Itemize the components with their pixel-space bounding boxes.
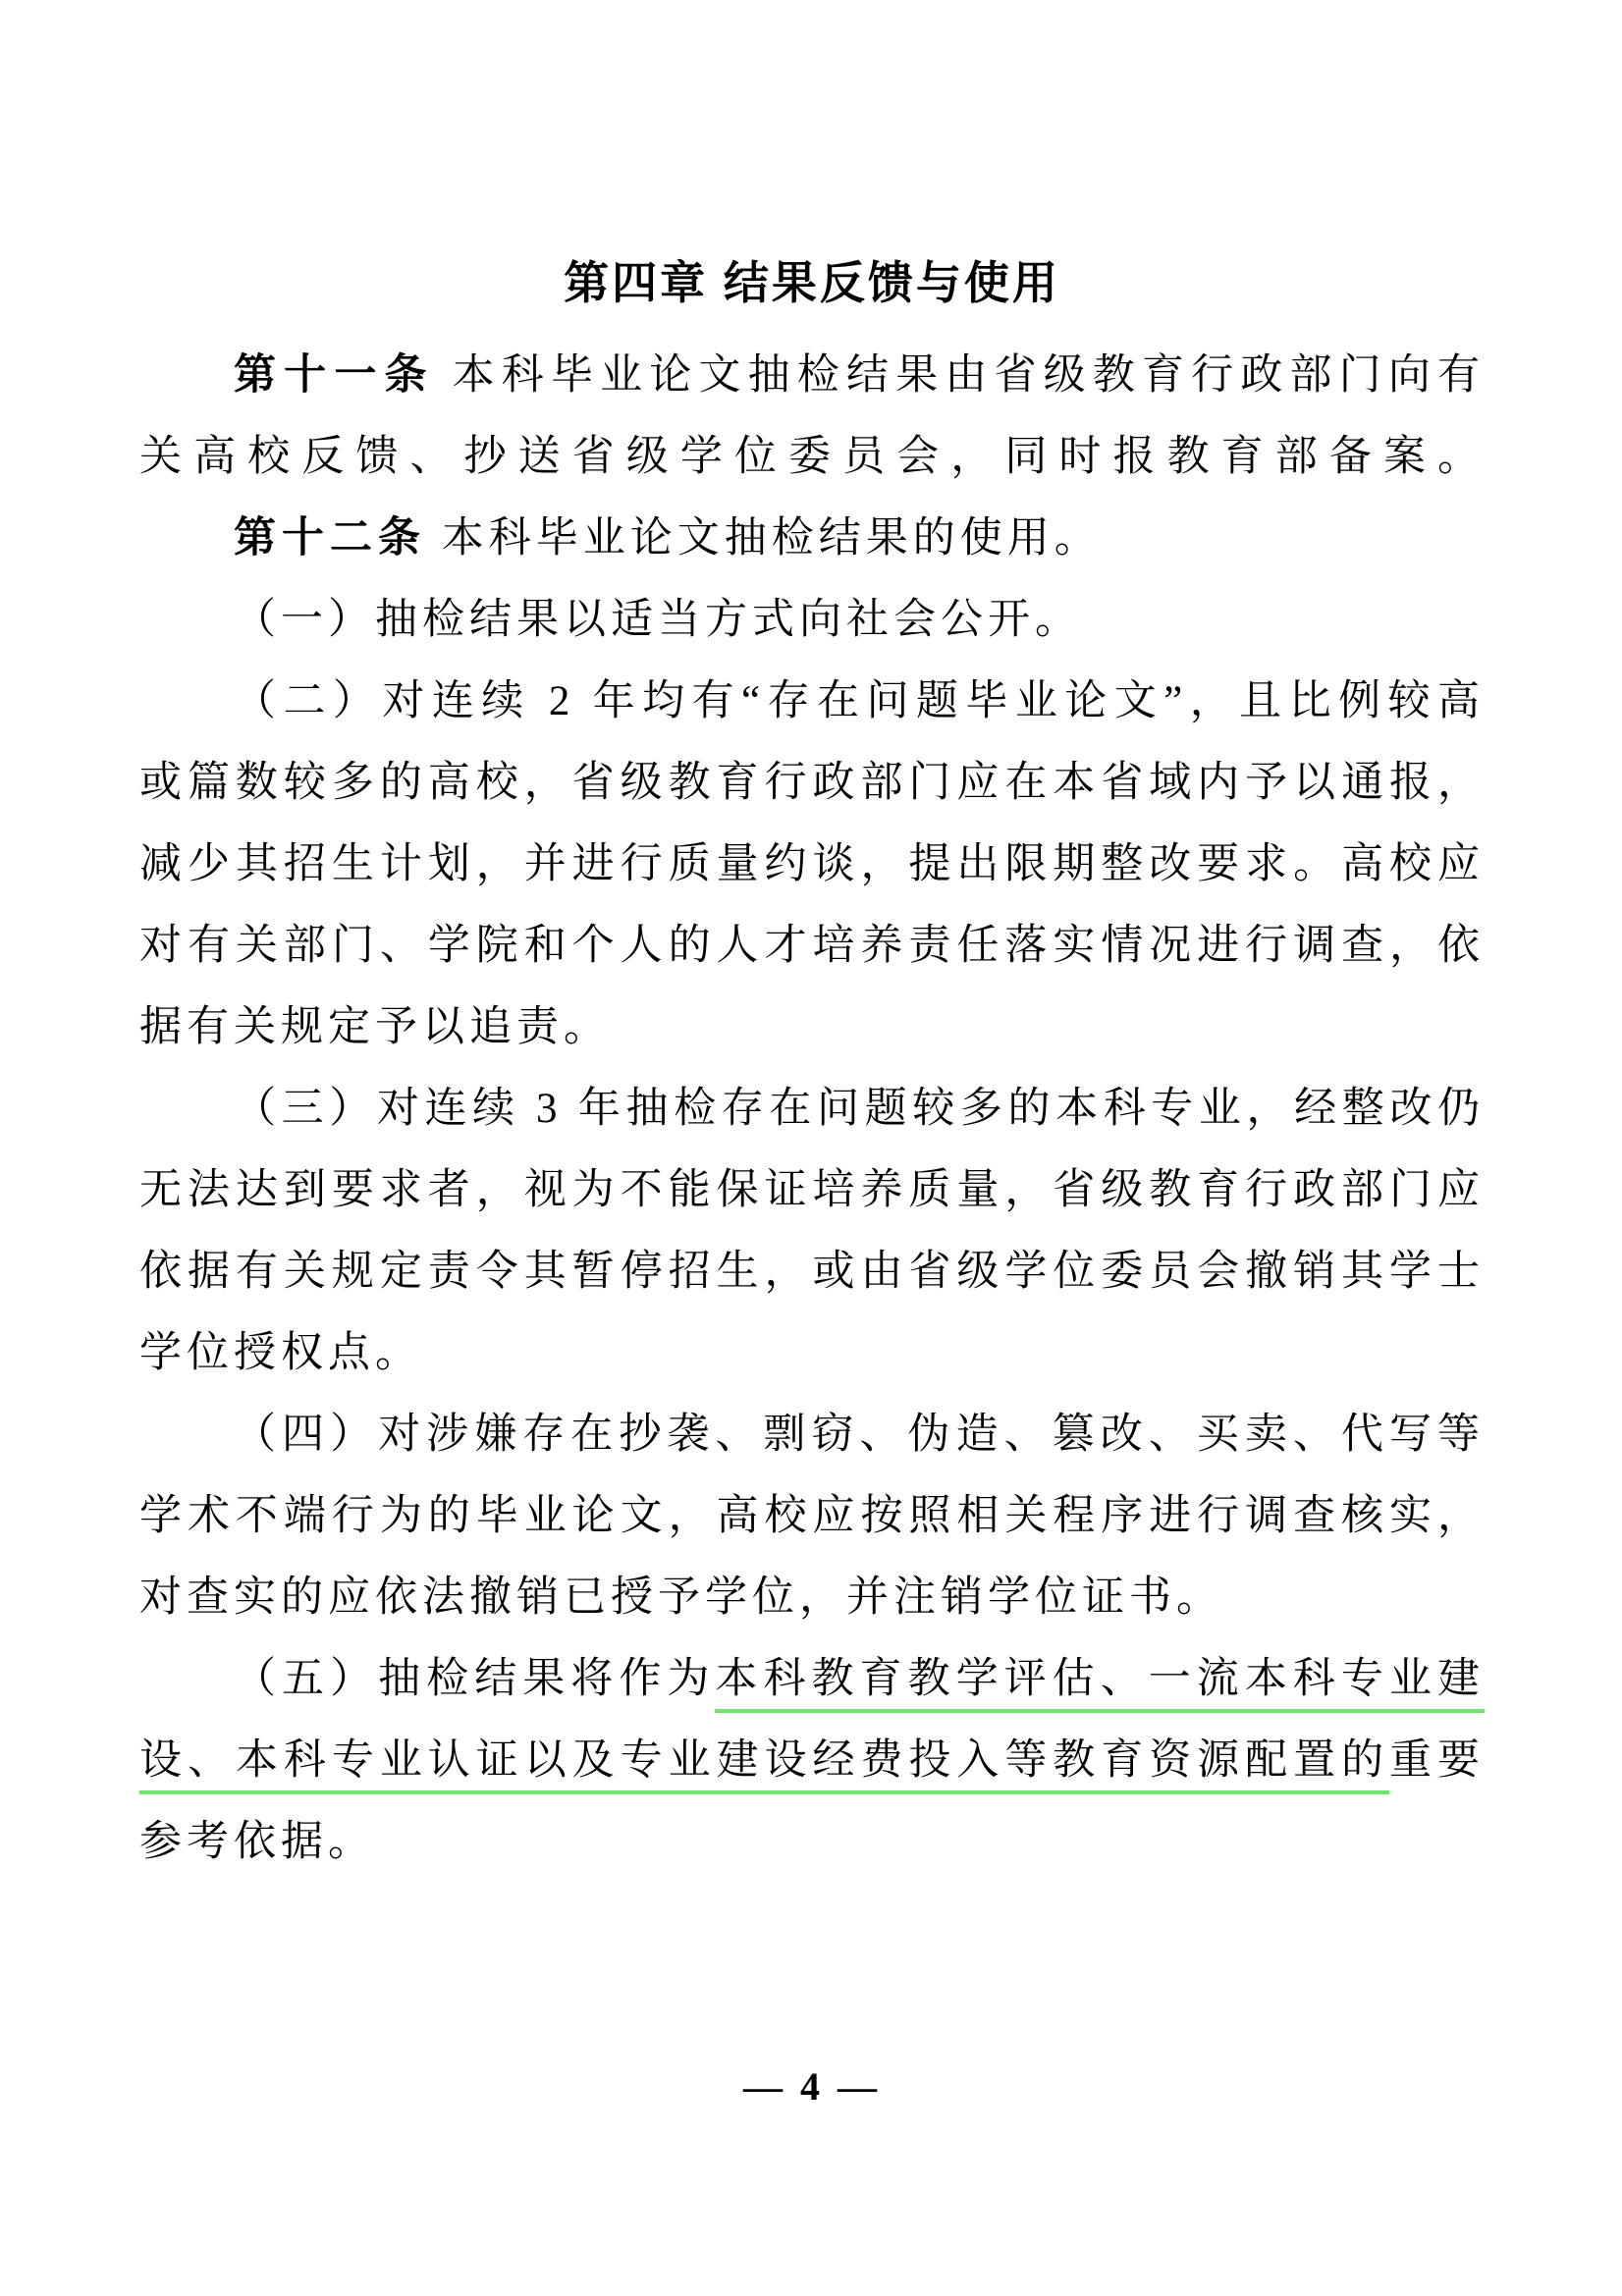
body-line: （三）对连续 3 年抽检存在问题较多的本科专业，经整改仍 (139, 1068, 1485, 1149)
body-text: （四）对涉嫌存在抄袭、剽窃、伪造、篡改、买卖、代写等 (234, 1412, 1485, 1458)
underlined-text: 设、本科专业认证以及专业建设经费投入等教育资源配置的 (139, 1737, 1389, 1794)
body-text: （五）抽检结果将作为 (234, 1656, 715, 1702)
body-text: 依据有关规定责令其暂停招生，或由省级学位委员会撤销其学士 (139, 1249, 1485, 1295)
body-line: 或篇数较多的高校，省级教育行政部门应在本省域内予以通报， (139, 742, 1485, 824)
underlined-text: 本科教育教学评估、一流本科专业建 (715, 1656, 1485, 1713)
body-line: （一）抽检结果以适当方式向社会公开。 (139, 579, 1485, 661)
body-line: 减少其招生计划，并进行质量约谈，提出限期整改要求。高校应 (139, 824, 1485, 905)
body-text: 无法达到要求者，视为不能保证培养质量，省级教育行政部门应 (139, 1167, 1485, 1213)
body-text: 减少其招生计划，并进行质量约谈，提出限期整改要求。高校应 (139, 841, 1485, 887)
body-line: （二）对连续 2 年均有“存在问题毕业论文”，且比例较高 (139, 661, 1485, 742)
article-label: 第十一条 (234, 351, 435, 399)
body-line: 对有关部门、学院和个人的人才培养责任落实情况进行调查，依 (139, 905, 1485, 987)
body-line: 第十二条 本科毕业论文抽检结果的使用。 (139, 498, 1485, 579)
document-body: 第十一条 本科毕业论文抽检结果由省级教育行政部门向有 关高校反馈、抄送省级学位委… (139, 335, 1485, 1883)
body-text: 对有关部门、学院和个人的人才培养责任落实情况进行调查，依 (139, 923, 1485, 969)
body-text: 或篇数较多的高校，省级教育行政部门应在本省域内予以通报， (139, 760, 1485, 806)
body-text: 参考依据。 (139, 1819, 375, 1865)
page-number: — 4 — (139, 2063, 1485, 2110)
body-text: 学位授权点。 (139, 1330, 422, 1376)
body-line: （四）对涉嫌存在抄袭、剽窃、伪造、篡改、买卖、代写等 (139, 1394, 1485, 1475)
body-line: 设、本科专业认证以及专业建设经费投入等教育资源配置的重要 (139, 1720, 1485, 1801)
body-line: 学位授权点。 (139, 1312, 1485, 1394)
body-text: 关高校反馈、抄送省级学位委员会，同时报教育部备案。 (139, 434, 1485, 480)
body-text: （二）对连续 2 年均有“存在问题毕业论文”，且比例较高 (234, 678, 1485, 724)
body-text: 重要 (1389, 1737, 1485, 1784)
body-line: 据有关规定予以追责。 (139, 987, 1485, 1068)
document-page: 第四章 结果反馈与使用 第十一条 本科毕业论文抽检结果由省级教育行政部门向有 关… (0, 0, 1622, 2296)
body-text: （三）对连续 3 年抽检存在问题较多的本科专业，经整改仍 (234, 1086, 1485, 1132)
body-line: 参考依据。 (139, 1801, 1485, 1883)
chapter-heading: 第四章 结果反馈与使用 (139, 257, 1485, 308)
body-line: 依据有关规定责令其暂停招生，或由省级学位委员会撤销其学士 (139, 1231, 1485, 1312)
body-line: 对查实的应依法撤销已授予学位，并注销学位证书。 (139, 1557, 1485, 1638)
body-line: （五）抽检结果将作为本科教育教学评估、一流本科专业建 (139, 1638, 1485, 1720)
body-text: 学术不端行为的毕业论文，高校应按照相关程序进行调查核实， (139, 1493, 1485, 1539)
body-line: 第十一条 本科毕业论文抽检结果由省级教育行政部门向有 (139, 335, 1485, 416)
body-text: 本科毕业论文抽检结果的使用。 (426, 515, 1102, 561)
body-line: 无法达到要求者，视为不能保证培养质量，省级教育行政部门应 (139, 1149, 1485, 1231)
body-text: 本科毕业论文抽检结果由省级教育行政部门向有 (435, 352, 1485, 399)
article-label: 第十二条 (234, 514, 426, 561)
body-line: 学术不端行为的毕业论文，高校应按照相关程序进行调查核实， (139, 1475, 1485, 1557)
body-text: 对查实的应依法撤销已授予学位，并注销学位证书。 (139, 1575, 1223, 1621)
body-text: 据有关规定予以追责。 (139, 1004, 611, 1050)
body-line: 关高校反馈、抄送省级学位委员会，同时报教育部备案。 (139, 416, 1485, 498)
body-text: （一）抽检结果以适当方式向社会公开。 (234, 597, 1082, 643)
